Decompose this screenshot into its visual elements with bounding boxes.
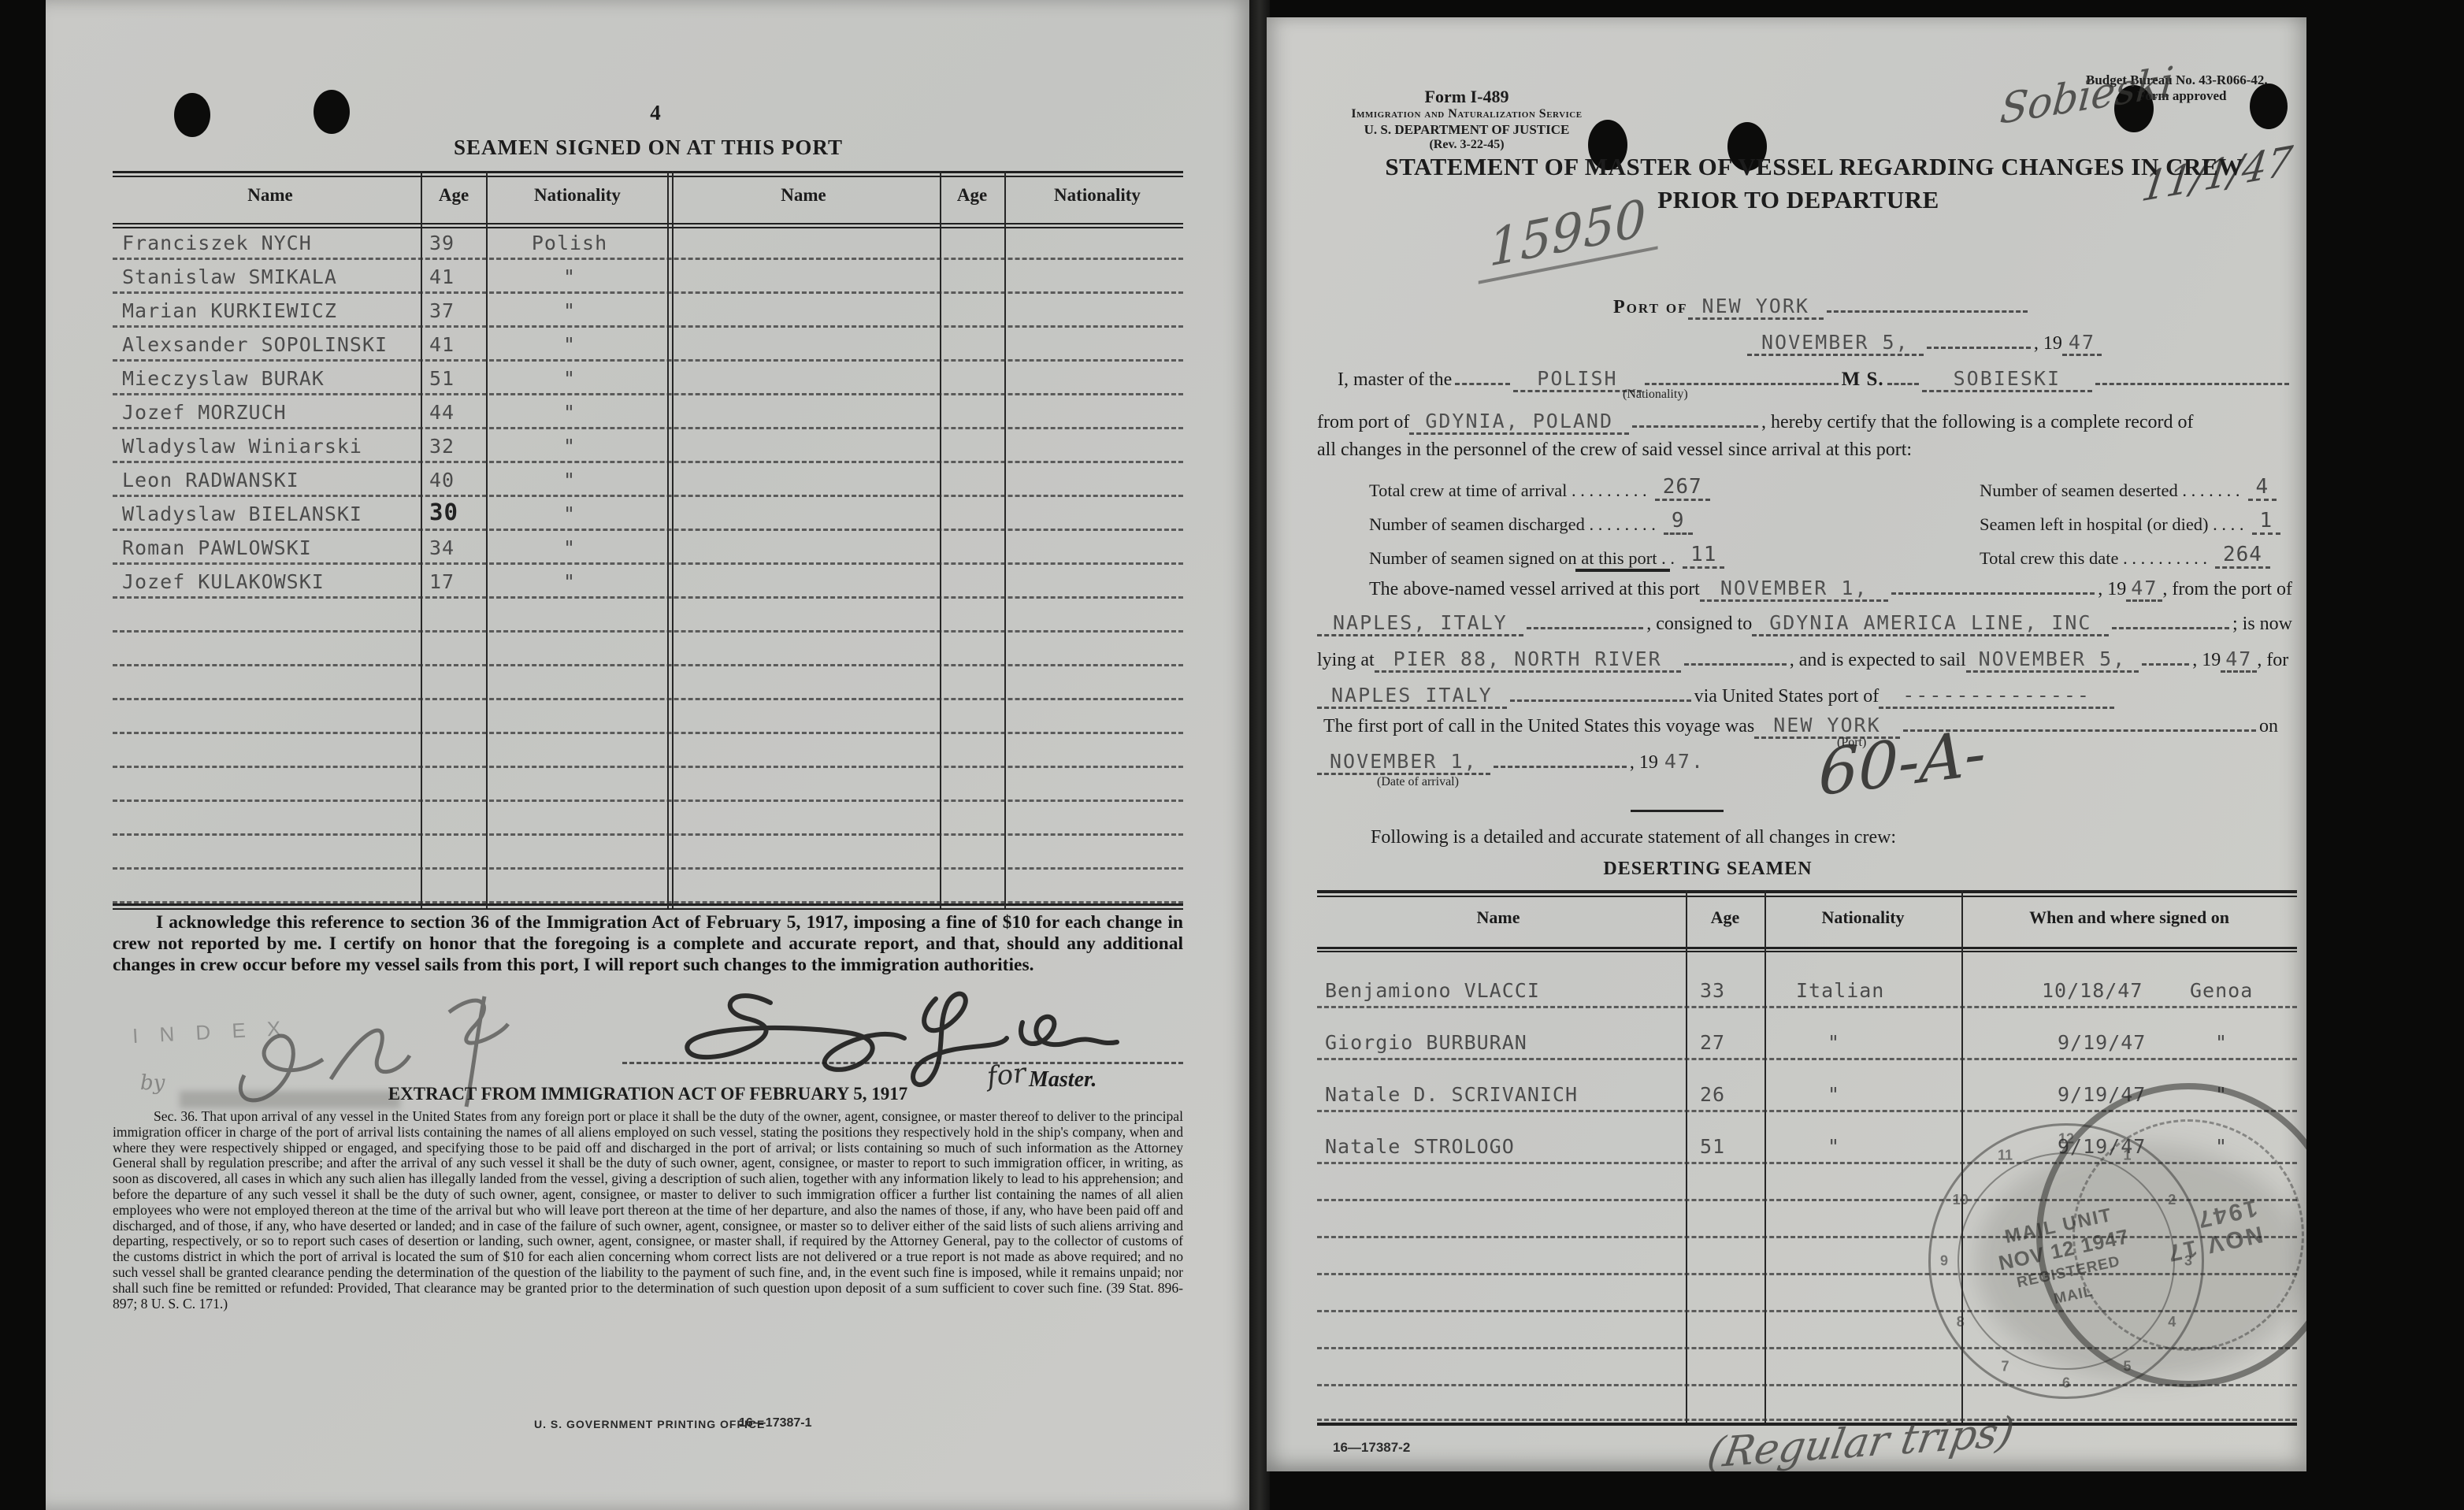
center-rule <box>1631 810 1724 812</box>
seaman-name: Jozef KULAKOWSKI <box>122 570 325 593</box>
deserting-seamen-title: DESERTING SEAMEN <box>1456 859 1960 880</box>
typed-value: PIER 88, NORTH RIVER <box>1375 647 1681 673</box>
arrival-line-1: The above-named vessel arrived at this p… <box>1369 572 2292 602</box>
deserter-name: Natale STROLOGO <box>1325 1135 1515 1158</box>
deserter-age: 51 <box>1700 1135 1725 1158</box>
table-row: Marian KURKIEWICZ 37 " <box>113 291 1183 328</box>
arrival-date-line: NOVEMBER 1, , 19 47. <box>1317 745 1711 775</box>
table-row: Giorgio BURBURAN 27 " 9/19/47 " <box>1317 1006 2297 1060</box>
master-signature <box>668 975 1204 1093</box>
empty-table-row <box>113 698 1183 734</box>
col-header-signed-on: When and where signed on <box>1961 907 2297 928</box>
seaman-age: 30 <box>429 499 458 525</box>
seaman-age: 34 <box>429 536 455 559</box>
col-header-name: Name <box>740 185 866 206</box>
stat-value: 11 <box>1683 543 1724 569</box>
agency-line-1: Immigration and Naturalization Service <box>1301 107 1632 121</box>
form-number: Form I-489 <box>1349 87 1585 107</box>
table-row: Franciszek NYCH 39 Polish <box>113 224 1183 260</box>
empty-table-row <box>113 596 1183 633</box>
nationality-caption: (Nationality) <box>1623 388 1688 402</box>
blank-line <box>1927 326 2031 349</box>
stamp-dial-number: 9 <box>1940 1253 1948 1270</box>
typed-value: NOVEMBER 1, <box>1700 577 1889 602</box>
printed-text: , 19 <box>2192 650 2221 671</box>
master-prefix: I, master of the <box>1338 369 1452 391</box>
vessel-value: SOBIESKI <box>1922 367 2092 392</box>
printed-text: , from the port of <box>2162 579 2292 600</box>
deserter-name: Natale D. SCRIVANICH <box>1325 1083 1578 1106</box>
arrival-line-2: NAPLES, ITALY , consigned to GDYNIA AMER… <box>1317 607 2292 636</box>
seaman-nationality: " <box>507 265 633 288</box>
deserter-name: Benjamiono VLACCI <box>1325 979 1540 1002</box>
deserter-nationality: " <box>1828 1031 1840 1054</box>
deserter-nationality: " <box>1828 1135 1840 1158</box>
blank-line <box>1645 362 1839 385</box>
agency-line-2: U. S. DEPARTMENT OF JUSTICE <box>1317 122 1616 138</box>
empty-table-row <box>113 766 1183 802</box>
printed-text: , 19 <box>2098 579 2126 600</box>
ms-label: M S. <box>1842 369 1884 391</box>
from-value: GDYNIA, POLAND <box>1409 410 1629 435</box>
blank-line <box>2142 643 2189 666</box>
date-value: NOVEMBER 5, <box>1747 331 1924 356</box>
punch-hole <box>2250 83 2288 129</box>
table-row: Alexsander SOPOLINSKI 41 " <box>113 325 1183 362</box>
empty-table-row <box>113 800 1183 836</box>
table-row: Jozef KULAKOWSKI 17 " <box>113 562 1183 599</box>
extract-heading: EXTRACT FROM IMMIGRATION ACT OF FEBRUARY… <box>113 1084 1183 1104</box>
date-line: NOVEMBER 5, , 19 47 <box>1747 326 2102 356</box>
seaman-name: Marian KURKIEWICZ <box>122 299 337 322</box>
empty-table-row <box>113 630 1183 666</box>
acknowledgment-paragraph: I acknowledge this reference to section … <box>113 912 1183 976</box>
stamp-dial-number: 6 <box>2062 1375 2070 1392</box>
seaman-age: 40 <box>429 469 455 492</box>
empty-table-row <box>113 867 1183 903</box>
blank-line <box>1827 290 2028 313</box>
stat-label: Number of seamen deserted . . . . . . . <box>1980 480 2240 501</box>
port-of-line: Port of NEW YORK <box>1613 290 2031 320</box>
punch-hole <box>174 93 210 137</box>
blank-line <box>1494 745 1627 768</box>
port-of-value: NEW YORK <box>1688 295 1824 320</box>
seaman-nationality: " <box>507 333 633 356</box>
seaman-age: 41 <box>429 265 455 288</box>
table-row: Jozef MORZUCH 44 " <box>113 393 1183 429</box>
typed-value: -------------- <box>1879 684 2114 709</box>
seaman-age: 39 <box>429 232 455 254</box>
printed-text: , consigned to <box>1646 614 1752 635</box>
table-row: Leon RADWANSKI 40 " <box>113 461 1183 497</box>
stamp-dial-number: 10 <box>1953 1192 1969 1208</box>
stat-value: 4 <box>2248 475 2277 501</box>
seaman-age: 37 <box>429 299 455 322</box>
from-label: from port of <box>1317 412 1409 433</box>
stat-value: 267 <box>1655 475 1710 501</box>
typed-value: NOVEMBER 5, <box>1966 647 2139 673</box>
year-printed: , 19 <box>2034 333 2062 354</box>
stat-label: Seamen left in hospital (or died) . . . … <box>1980 514 2244 535</box>
left-page: 4 SEAMEN SIGNED ON AT THIS PORT Name Age… <box>46 0 1252 1510</box>
deserter-signed-when: 9/19/47 <box>2058 1031 2146 1054</box>
certify-text: , hereby certify that the following is a… <box>1761 412 2193 433</box>
seaman-nationality: " <box>507 435 633 458</box>
table-row: Benjamiono VLACCI 33 Italian 10/18/47 Ge… <box>1317 952 2297 1008</box>
stat-total-date: Total crew this date . . . . . . . . . .… <box>1980 546 2295 572</box>
col-header-nationality: Nationality <box>1026 185 1168 206</box>
blank-line <box>1887 362 1919 385</box>
seaman-age: 44 <box>429 401 455 424</box>
signed-on-table: Name Age Nationality Name Age Nationalit… <box>113 171 1183 912</box>
stat-value: 1 <box>2252 509 2281 535</box>
year-value: 47 <box>2062 331 2102 356</box>
arrival-line-4: NAPLES ITALY via United States port of -… <box>1317 679 2144 709</box>
stamp-dial-number: 7 <box>2001 1359 2009 1375</box>
right-page: Form I-489 Immigration and Naturalizatio… <box>1267 17 2306 1471</box>
col-header-age: Age <box>421 185 486 206</box>
deserter-signed-where: " <box>2215 1031 2228 1054</box>
table-row: Stanislaw SMIKALA 41 " <box>113 258 1183 294</box>
deserter-nationality: " <box>1828 1083 1840 1106</box>
deserter-age: 27 <box>1700 1031 1725 1054</box>
punch-hole <box>314 90 350 134</box>
blank-line <box>1510 679 1691 702</box>
seaman-name: Wladyslaw BIELANSKI <box>122 503 362 525</box>
deserter-signed-where: Genoa <box>2190 979 2253 1002</box>
seaman-name: Alexsander SOPOLINSKI <box>122 333 388 356</box>
all-changes-line: all changes in the personnel of the crew… <box>1317 440 1912 461</box>
deserter-age: 33 <box>1700 979 1725 1002</box>
seaman-name: Wladyslaw Winiarski <box>122 435 362 458</box>
deserter-signed-when: 10/18/47 <box>2042 979 2143 1002</box>
table-row: Wladyslaw Winiarski 32 " <box>113 427 1183 463</box>
typed-value: NAPLES ITALY <box>1317 684 1507 709</box>
stat-value: 264 <box>2215 543 2270 569</box>
deserter-name: Giorgio BURBURAN <box>1325 1031 1527 1054</box>
first-port-line: The first port of call in the United Sta… <box>1323 709 2278 739</box>
port-of-label: Port of <box>1613 297 1688 318</box>
typed-value: GDYNIA AMERICA LINE, INC <box>1752 611 2109 636</box>
empty-table-row <box>113 833 1183 870</box>
stat-label: Total crew at time of arrival . . . . . … <box>1369 480 1647 501</box>
seaman-name: Stanislaw SMIKALA <box>122 265 337 288</box>
seaman-age: 41 <box>429 333 455 356</box>
typed-value: NAPLES, ITALY <box>1317 611 1523 636</box>
master-line: I, master of the POLISH M S. SOBIESKI <box>1338 362 2292 392</box>
stat-label: Number of seamen discharged . . . . . . … <box>1369 514 1656 535</box>
blank-line <box>2112 607 2229 629</box>
printed-text: , 19 <box>1630 752 1658 774</box>
seaman-nationality: " <box>507 536 633 559</box>
col-header-nationality: Nationality <box>1765 907 1961 928</box>
col-header-age: Age <box>1686 907 1765 928</box>
stat-deserted: Number of seamen deserted . . . . . . . … <box>1980 478 2295 504</box>
seaman-nationality: " <box>507 367 633 390</box>
printed-text: on <box>2259 716 2278 737</box>
form-title-line1: STATEMENT OF MASTER OF VESSEL REGARDING … <box>1345 153 2283 181</box>
page-number: 4 <box>632 101 679 125</box>
printed-text: , for <box>2257 650 2288 671</box>
seaman-age: 51 <box>429 367 455 390</box>
blank-line <box>2095 362 2289 385</box>
form-title-line2: PRIOR TO DEPARTURE <box>1345 186 2251 214</box>
seaman-nationality: Polish <box>507 232 633 254</box>
stat-label: Total crew this date . . . . . . . . . . <box>1980 548 2207 569</box>
typed-value: 47. <box>1658 750 1711 773</box>
empty-table-row <box>113 664 1183 700</box>
seaman-name: Roman PAWLOWSKI <box>122 536 312 559</box>
stamp-dial-number: 11 <box>1998 1147 2013 1163</box>
revision-line: (Rev. 3-22-45) <box>1349 138 1585 152</box>
deserter-nationality: Italian <box>1796 979 1884 1002</box>
printed-text: via United States port of <box>1694 686 1880 707</box>
from-port-line: from port of GDYNIA, POLAND , hereby cer… <box>1317 405 2292 435</box>
date-of-arrival-caption: (Date of arrival) <box>1377 775 1459 789</box>
printed-text: , and is expected to sail <box>1790 650 1966 671</box>
col-header-name: Name <box>1412 907 1585 928</box>
seaman-nationality: " <box>507 503 633 525</box>
printed-text: ; is now <box>2232 614 2292 635</box>
seaman-name: Franciszek NYCH <box>122 232 312 254</box>
typed-value: 47 <box>2126 577 2162 602</box>
empty-table-row <box>113 732 1183 768</box>
seaman-name: Mieczyslaw BURAK <box>122 367 325 390</box>
blank-line <box>1527 607 1644 629</box>
seaman-nationality: " <box>507 401 633 424</box>
printing-office-footer: U. S. GOVERNMENT PRINTING OFFICE <box>534 1418 765 1430</box>
col-header-age: Age <box>941 185 1004 206</box>
stat-hospital: Seamen left in hospital (or died) . . . … <box>1980 512 2295 538</box>
left-page-title: SEAMEN SIGNED ON AT THIS PORT <box>270 135 1026 160</box>
following-line: Following is a detailed and accurate sta… <box>1371 827 1896 848</box>
seaman-nationality: " <box>507 469 633 492</box>
blank-line <box>1455 362 1510 385</box>
stat-discharged: Number of seamen discharged . . . . . . … <box>1369 512 1968 538</box>
blank-line <box>1632 405 1758 428</box>
seaman-nationality: " <box>507 570 633 593</box>
stamp-dial-number: 8 <box>1957 1314 1965 1330</box>
printed-text: lying at <box>1317 650 1375 671</box>
table-row: Roman PAWLOWSKI 34 " <box>113 529 1183 565</box>
stat-total-arrival: Total crew at time of arrival . . . . . … <box>1369 478 1968 504</box>
col-header-nationality: Nationality <box>507 185 648 206</box>
seaman-age: 32 <box>429 435 455 458</box>
arrival-line-3: lying at PIER 88, NORTH RIVER , and is e… <box>1317 643 2292 673</box>
blank-line <box>1684 643 1787 666</box>
table-row: Wladyslaw BIELANSKI 30 " <box>113 495 1183 531</box>
empty-table-row <box>1317 1384 2297 1421</box>
stat-value: 9 <box>1664 509 1693 535</box>
seaman-name: Leon RADWANSKI <box>122 469 299 492</box>
table-row: Mieczyslaw BURAK 51 " <box>113 359 1183 395</box>
scanned-document: 4 SEAMEN SIGNED ON AT THIS PORT Name Age… <box>0 0 2464 1510</box>
deserter-age: 26 <box>1700 1083 1725 1106</box>
printed-text: The first port of call in the United Sta… <box>1323 716 1754 737</box>
extract-body: Sec. 36. That upon arrival of any vessel… <box>113 1109 1183 1418</box>
col-header-name: Name <box>207 185 333 206</box>
typed-value: NOVEMBER 1, <box>1317 750 1490 775</box>
typed-value: 47 <box>2221 647 2257 673</box>
seaman-nationality: " <box>507 299 633 322</box>
footer-number: 16—17387-1 <box>739 1416 812 1430</box>
seaman-age: 17 <box>429 570 455 593</box>
footer-number: 16—17387-2 <box>1333 1440 1410 1456</box>
blank-line <box>1891 572 2095 595</box>
seaman-name: Jozef MORZUCH <box>122 401 287 424</box>
printed-text: The above-named vessel arrived at this p… <box>1369 579 1700 600</box>
stat-label: Number of seamen signed on at this port … <box>1369 548 1675 569</box>
